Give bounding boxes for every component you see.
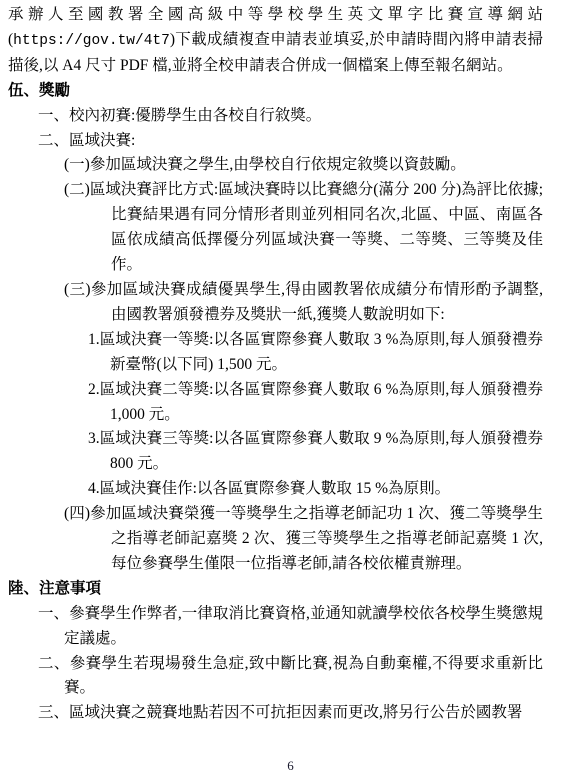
prize-tier-second: 2.區域決賽二等獎:以各區實際參賽人數取 6 %為原則,每人頒發禮券 1,000… [8,378,543,428]
page-number: 6 [0,758,581,773]
regional-final-rules: (一)參加區域決賽之學生,由學校自行依規定敘獎以資鼓勵。 (二)區域決賽評比方式… [8,153,543,576]
awards-item-school-preliminary: 一、校內初賽:優勝學生由各校自行敘獎。 [8,104,543,129]
regional-rule-3: (三)參加區域決賽成績優異學生,得由國教署依成績分布情形酌予調整,由國教署頒發禮… [8,278,543,328]
regional-rule-2: (二)區域決賽評比方式:區域決賽時以比賽總分(滿分 200 分)為評比依據;比賽… [8,178,543,278]
prize-tier-third: 3.區域決賽三等獎:以各區實際參賽人數取 9 %為原則,每人頒發禮券 800 元… [8,427,543,477]
note-item-cheating: 一、參賽學生作弊者,一律取消比賽資格,並通知就讀學校依各校學生獎懲規定議處。 [8,602,543,652]
notes-list: 一、參賽學生作弊者,一律取消比賽資格,並通知就讀學校依各校學生獎懲規定議處。 二… [8,602,543,727]
note-item-venue-change: 三、區域決賽之競賽地點若因不可抗拒因素而更改,將另行公告於國教署 [8,701,543,726]
section-heading-notes: 陸、注意事項 [8,577,543,602]
prize-tier-list: 1.區域決賽一等獎:以各區實際參賽人數取 3 %為原則,每人頒發禮券新臺幣(以下… [8,328,543,502]
prize-tier-honorable-mention: 4.區域決賽佳作:以各區實際參賽人數取 15 %為原則。 [8,477,543,502]
document-page: 承辦人至國教署全國高級中等學校學生英文單字比賽宣導網站(https://gov.… [0,0,581,777]
awards-item-regional-final: 二、區域決賽: [8,129,543,154]
competition-site-url: https://gov.tw/4t7 [13,33,170,49]
intro-continuation-paragraph: 承辦人至國教署全國高級中等學校學生英文單字比賽宣導網站(https://gov.… [8,3,543,79]
note-item-illness: 二、參賽學生若現場發生急症,致中斷比賽,視為自動棄權,不得要求重新比賽。 [8,652,543,702]
regional-rule-1: (一)參加區域決賽之學生,由學校自行依規定敘獎以資鼓勵。 [8,153,543,178]
regional-rule-4: (四)參加區域決賽榮獲一等獎學生之指導老師記功 1 次、獲二等獎學生之指導老師記… [8,502,543,577]
prize-tier-first: 1.區域決賽一等獎:以各區實際參賽人數取 3 %為原則,每人頒發禮券新臺幣(以下… [8,328,543,378]
section-heading-awards: 伍、獎勵 [8,79,543,104]
